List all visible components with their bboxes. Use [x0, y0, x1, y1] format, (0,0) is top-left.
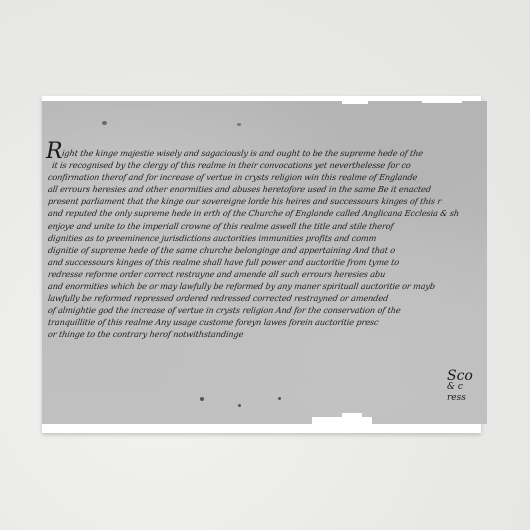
- manuscript-scan: R ight the kinge majestie wisely and sag…: [42, 101, 487, 424]
- text-line: and successours kinges of this realme sh…: [47, 256, 481, 268]
- signature-line: ress: [447, 393, 483, 404]
- text-line: enjoye and unite to the imperiall crowne…: [47, 220, 481, 232]
- ink-speck: [278, 397, 281, 400]
- text-line: redresse reforme order correct restrayne…: [47, 268, 481, 280]
- text-line: lawfully be reformed repressed ordered r…: [47, 292, 481, 304]
- text-line: confirmation therof and for increase of …: [47, 171, 481, 183]
- postcard: R ight the kinge majestie wisely and sag…: [42, 96, 481, 433]
- text-line: dignitie of supreme hede of the same chu…: [47, 244, 481, 256]
- text-line: ight the kinge majestie wisely and sagac…: [47, 147, 481, 159]
- signature-line: Sco: [447, 371, 483, 382]
- ink-speck: [238, 404, 241, 407]
- ink-speck: [102, 121, 107, 125]
- ink-speck: [200, 397, 204, 401]
- text-line: it is recognised by the clergy of this r…: [47, 159, 481, 171]
- text-line: and enormities which be or may lawfully …: [47, 280, 481, 292]
- torn-edge: [342, 413, 362, 424]
- text-line: dignities as to preeminence jurisdiction…: [47, 232, 481, 244]
- text-line: tranquillitie of this realme Any usage c…: [47, 316, 481, 328]
- ink-speck: [237, 123, 241, 126]
- text-line: present parliament that the kinge our so…: [47, 195, 481, 207]
- text-line: all errours heresies and other enormitie…: [47, 183, 481, 195]
- manuscript-text: ight the kinge majestie wisely and sagac…: [48, 147, 480, 341]
- text-line: or thinge to the contrary herof notwiths…: [47, 328, 289, 340]
- signature-block: Sco & c ress: [447, 371, 483, 404]
- text-line: and reputed the only supreme hede in ert…: [47, 207, 481, 219]
- torn-edge: [342, 101, 368, 104]
- torn-edge: [422, 101, 462, 103]
- text-line: of almightie god the increase of vertue …: [47, 304, 481, 316]
